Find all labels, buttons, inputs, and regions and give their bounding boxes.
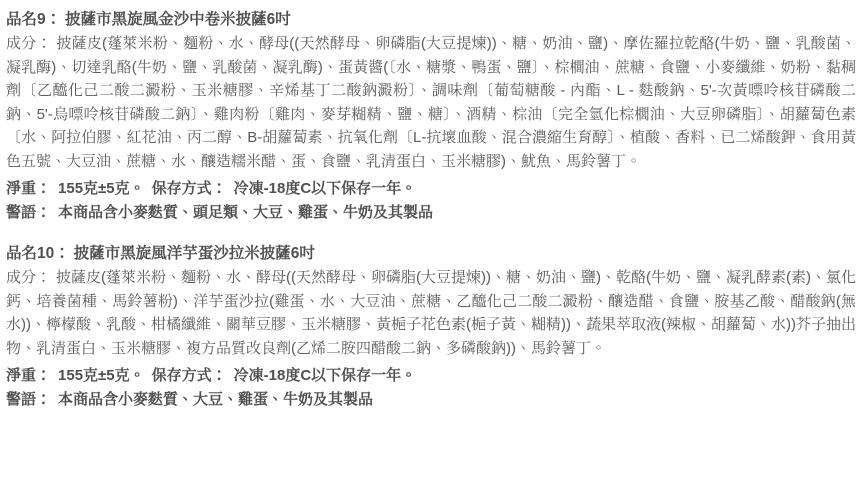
warning-line: 警語：本商品含小麥麩質、頭足類、大豆、雞蛋、牛奶及其製品 <box>6 201 856 225</box>
product-name: 披薩市黑旋風洋芋蛋沙拉米披薩6吋 <box>74 245 315 262</box>
product-name-label: 品名10： <box>6 245 70 262</box>
warning-text: 本商品含小麥麩質、頭足類、大豆、雞蛋、牛奶及其製品 <box>58 204 433 221</box>
net-weight-value: 155克±5克。 <box>58 180 145 197</box>
product-title: 品名9：披薩市黑旋風金沙中卷米披薩6吋 <box>6 8 856 32</box>
storage-label: 保存方式： <box>152 180 227 197</box>
storage-value: 冷凍-18度C以下保存一年。 <box>234 180 417 197</box>
net-weight-value: 155克±5克。 <box>58 367 145 384</box>
storage-label: 保存方式： <box>152 367 227 384</box>
ingredients-text: 披薩皮(蓬萊米粉、麵粉、水、酵母((天然酵母、卵磷脂(大豆提煉))、糖、奶油、鹽… <box>6 35 856 170</box>
product-name-label: 品名9： <box>6 11 61 28</box>
product-spec-document: 品名9：披薩市黑旋風金沙中卷米披薩6吋 成分：披薩皮(蓬萊米粉、麵粉、水、酵母(… <box>0 0 865 480</box>
ingredients-paragraph: 成分：披薩皮(蓬萊米粉、麵粉、水、酵母((天然酵母、卵磷脂(大豆提煉))、糖、奶… <box>6 266 856 360</box>
product-name: 披薩市黑旋風金沙中卷米披薩6吋 <box>65 11 291 28</box>
product-section-9: 品名9：披薩市黑旋風金沙中卷米披薩6吋 成分：披薩皮(蓬萊米粉、麵粉、水、酵母(… <box>6 8 856 224</box>
storage-value: 冷凍-18度C以下保存一年。 <box>234 367 417 384</box>
net-weight-label: 淨重： <box>6 367 51 384</box>
ingredients-label: 成分： <box>6 35 52 52</box>
ingredients-label: 成分： <box>6 269 51 286</box>
ingredients-text: 披薩皮(蓬萊米粉、麵粉、水、酵母((天然酵母、卵磷脂(大豆提煉))、糖、奶油、鹽… <box>6 269 856 357</box>
ingredients-paragraph: 成分：披薩皮(蓬萊米粉、麵粉、水、酵母((天然酵母、卵磷脂(大豆提煉))、糖、奶… <box>6 32 856 173</box>
warning-label: 警語： <box>6 391 51 408</box>
warning-line: 警語：本商品含小麥麩質、大豆、雞蛋、牛奶及其製品 <box>6 388 856 412</box>
warning-text: 本商品含小麥麩質、大豆、雞蛋、牛奶及其製品 <box>58 391 373 408</box>
product-title: 品名10：披薩市黑旋風洋芋蛋沙拉米披薩6吋 <box>6 242 856 266</box>
warning-label: 警語： <box>6 204 51 221</box>
weight-storage-line: 淨重：155克±5克。保存方式：冷凍-18度C以下保存一年。 <box>6 177 856 201</box>
product-section-10: 品名10：披薩市黑旋風洋芋蛋沙拉米披薩6吋 成分：披薩皮(蓬萊米粉、麵粉、水、酵… <box>6 242 856 411</box>
weight-storage-line: 淨重：155克±5克。保存方式：冷凍-18度C以下保存一年。 <box>6 364 856 388</box>
net-weight-label: 淨重： <box>6 180 51 197</box>
